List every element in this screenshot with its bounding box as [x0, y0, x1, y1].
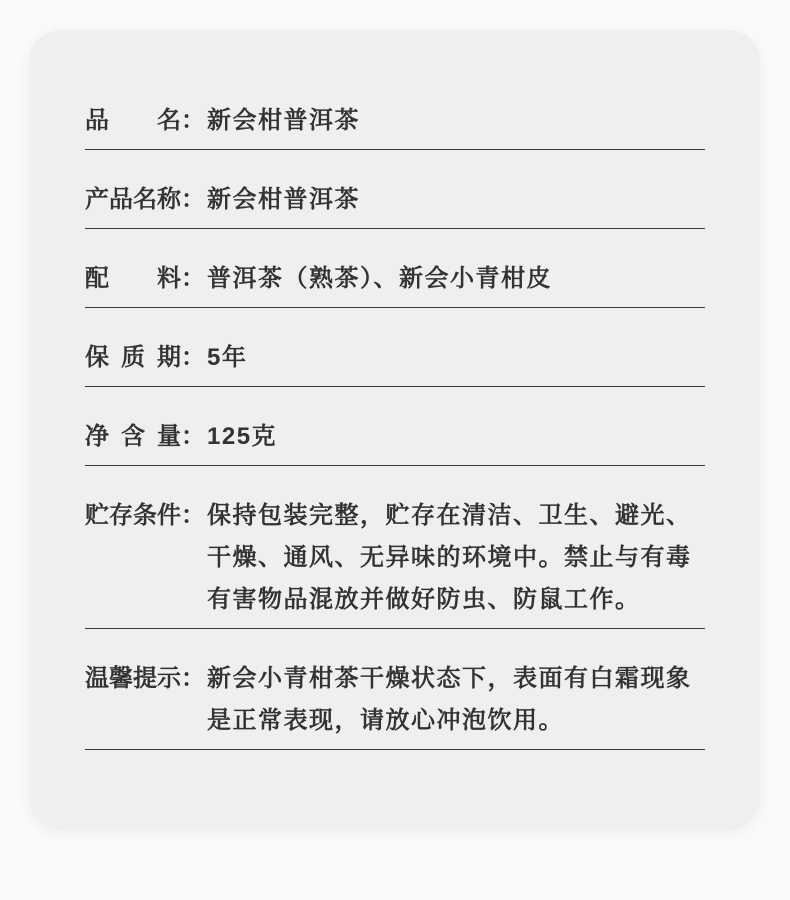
row-storage-conditions: 贮存条件 ： 保持包装完整，贮存在清洁、卫生、避光、 干燥、通风、无异味的环境中… — [85, 466, 705, 629]
row-net-weight: 净含量 ： 125克 — [85, 387, 705, 466]
spec-value: 125克 — [207, 416, 705, 458]
spec-value: 保持包装完整，贮存在清洁、卫生、避光、 干燥、通风、无异味的环境中。禁止与有毒 … — [207, 495, 705, 621]
spec-label: 配料 — [85, 258, 181, 300]
product-spec-card: 品名 ： 新会柑普洱茶 产品名称 ： 新会柑普洱茶 配料 ： 普洱茶（熟茶）、新… — [29, 30, 760, 830]
spec-value: 普洱茶（熟茶）、新会小青柑皮 — [207, 258, 705, 300]
spec-label: 贮存条件 — [85, 495, 181, 537]
spec-colon: ： — [181, 495, 207, 537]
spec-colon: ： — [181, 337, 207, 379]
spec-colon: ： — [181, 179, 207, 221]
spec-label: 净含量 — [85, 416, 181, 458]
row-product-name: 产品名称 ： 新会柑普洱茶 — [85, 150, 705, 229]
spec-colon: ： — [181, 658, 207, 700]
spec-label: 保质期 — [85, 337, 181, 379]
spec-colon: ： — [181, 416, 207, 458]
row-shelf-life: 保质期 ： 5年 — [85, 308, 705, 387]
row-product-short-name: 品名 ： 新会柑普洱茶 — [85, 71, 705, 150]
spec-label: 产品名称 — [85, 179, 181, 221]
spec-colon: ： — [181, 100, 207, 142]
spec-label: 品名 — [85, 100, 181, 142]
spec-value: 新会柑普洱茶 — [207, 179, 705, 221]
spec-value: 5年 — [207, 337, 705, 379]
spec-colon: ： — [181, 258, 207, 300]
spec-value: 新会柑普洱茶 — [207, 100, 705, 142]
row-friendly-tips: 温馨提示 ： 新会小青柑茶干燥状态下，表面有白霜现象 是正常表现，请放心冲泡饮用… — [85, 629, 705, 750]
spec-value: 新会小青柑茶干燥状态下，表面有白霜现象 是正常表现，请放心冲泡饮用。 — [207, 658, 705, 742]
row-ingredients: 配料 ： 普洱茶（熟茶）、新会小青柑皮 — [85, 229, 705, 308]
spec-label: 温馨提示 — [85, 658, 181, 700]
